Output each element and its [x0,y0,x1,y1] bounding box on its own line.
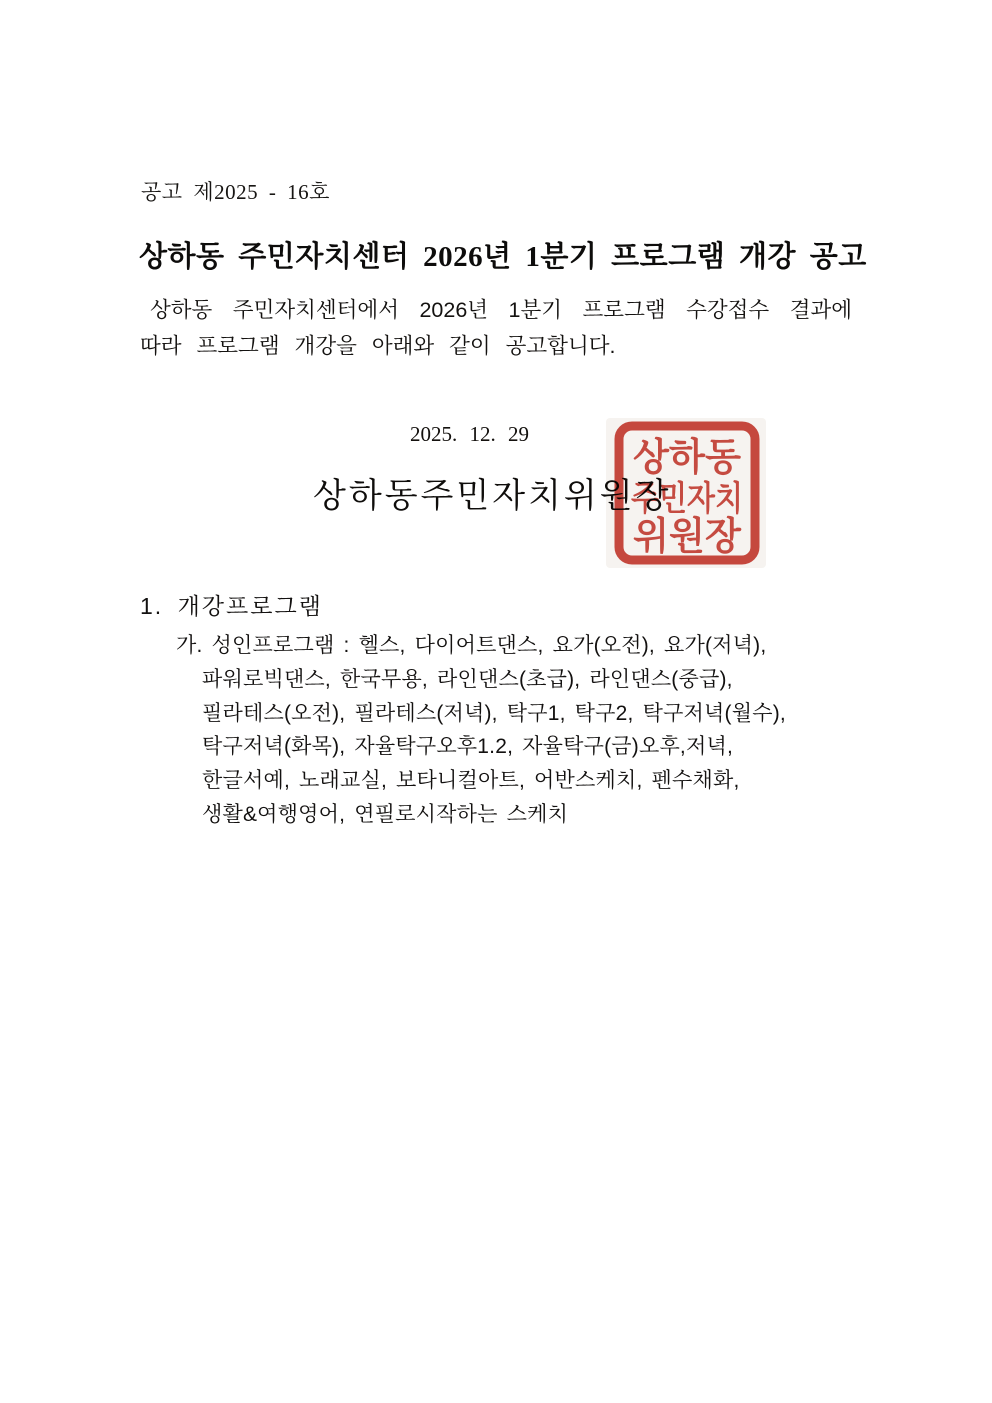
program-list: 가. 성인프로그램 : 헬스, 다이어트댄스, 요가(오전), 요가(저녁), … [176,629,816,832]
program-line: 탁구저녁(화목), 자율탁구오후1.2, 자율탁구(금)오후,저녁, [202,730,816,764]
program-line: 파워로빅댄스, 한국무용, 라인댄스(초급), 라인댄스(중급), [202,663,816,697]
body-paragraph: 상하동 주민자치센터에서 2026년 1분기 프로그램 수강접수 결과에 따라 … [140,292,852,364]
body-line-2: 따라 프로그램 개강을 아래와 같이 공고합니다. [140,328,852,364]
issue-date: 2025. 12. 29 [410,422,529,447]
seal-row-3: 위원장 [633,515,742,558]
document-title: 상하동 주민자치센터 2026년 1분기 프로그램 개강 공고 [139,234,851,275]
official-seal: 상하동 주민자치 위원장 [606,418,766,568]
section-1-heading: 1. 개강프로그램 [140,588,323,621]
program-line: 한글서예, 노래교실, 보타니컬아트, 어반스케치, 펜수채화, [202,764,816,798]
program-line: 가. 성인프로그램 : 헬스, 다이어트댄스, 요가(오전), 요가(저녁), [176,629,816,663]
notice-number: 공고 제2025 - 16호 [141,176,330,206]
seal-row-1: 상하동 [633,436,741,479]
program-line: 생활&여행영어, 연필로시작하는 스케치 [202,798,816,832]
body-line-1: 상하동 주민자치센터에서 2026년 1분기 프로그램 수강접수 결과에 [140,292,852,328]
program-line: 필라테스(오전), 필라테스(저녁), 탁구1, 탁구2, 탁구저녁(월수), [202,697,816,731]
notice-document-page: 공고 제2025 - 16호 상하동 주민자치센터 2026년 1분기 프로그램… [0,0,992,1403]
seal-row-2: 주민자치 [631,479,743,518]
